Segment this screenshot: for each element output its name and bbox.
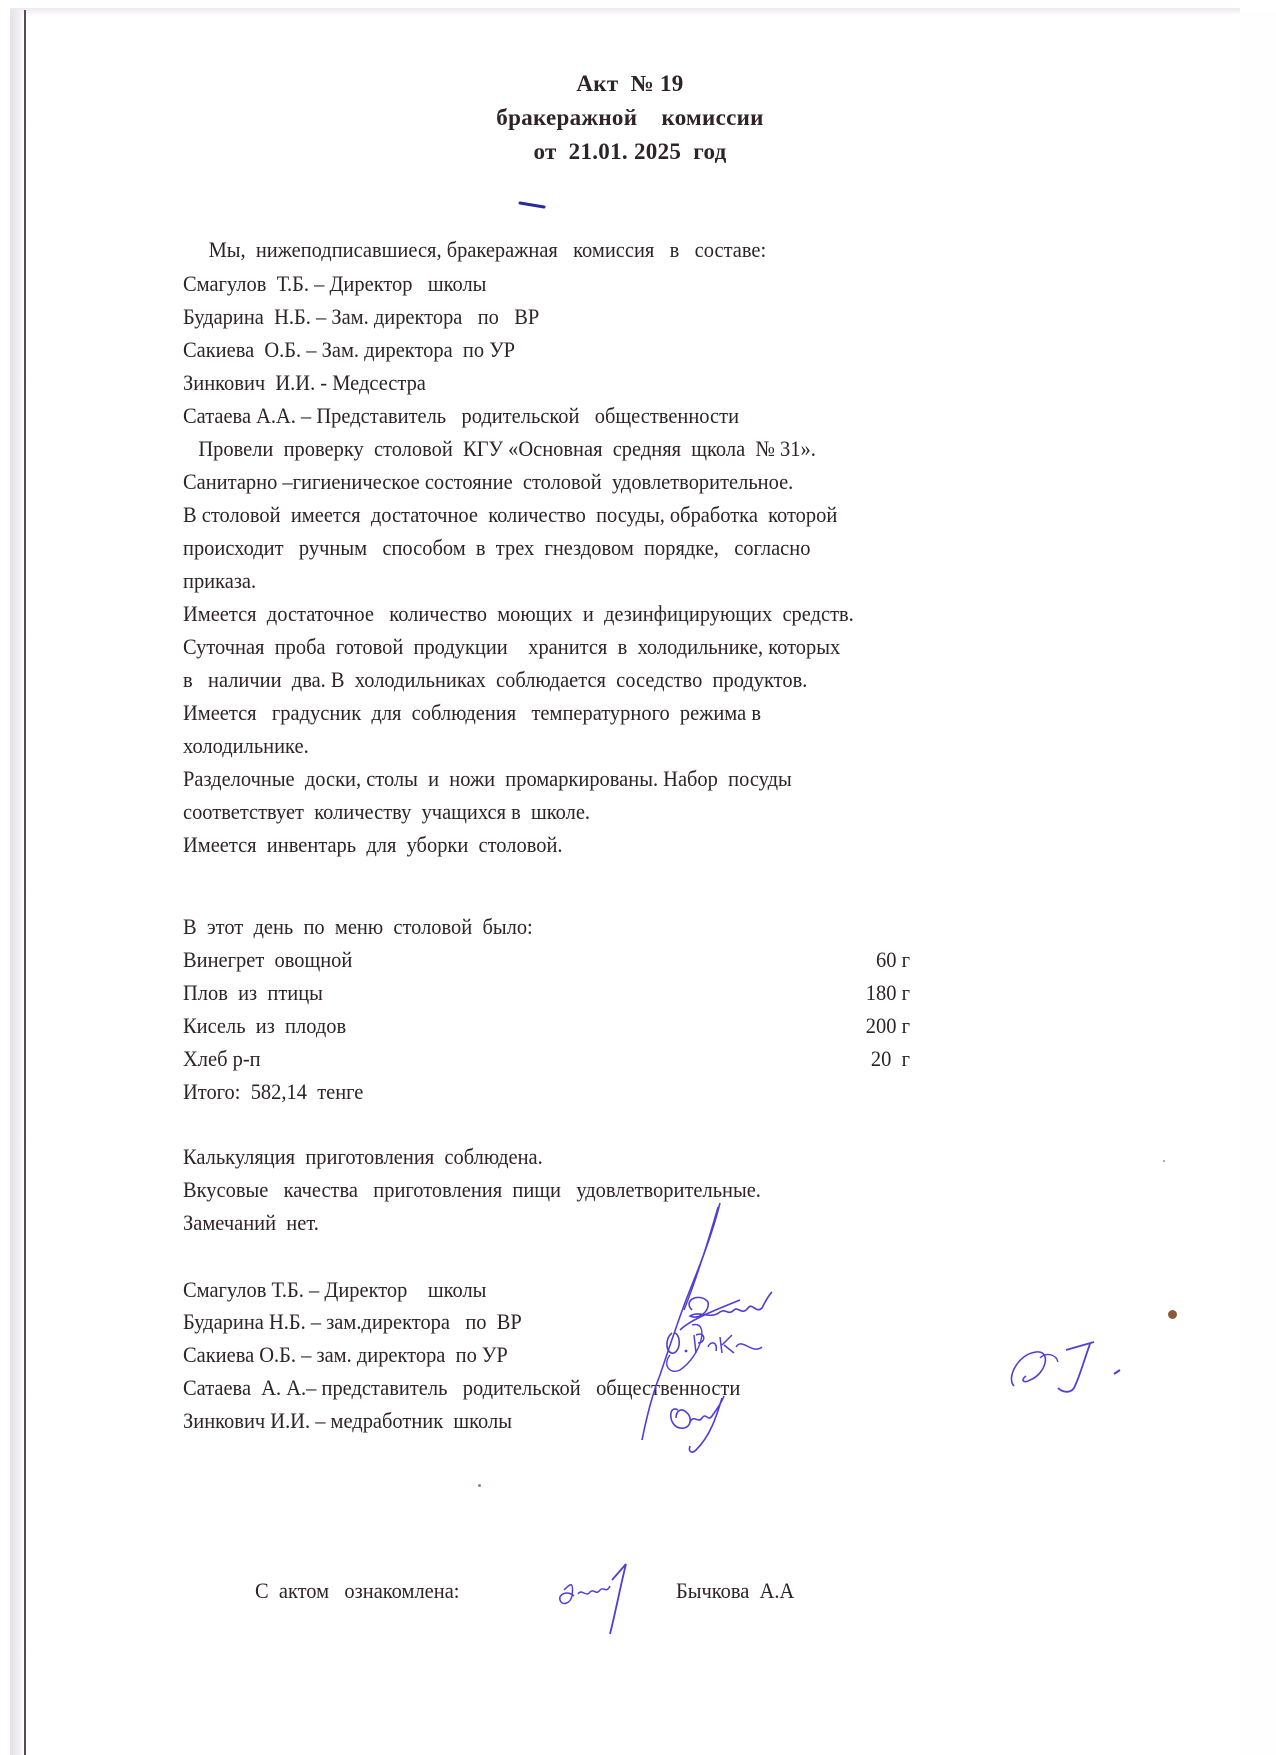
- signatory-line: Смагулов Т.Б. – Директор школы: [183, 1276, 486, 1304]
- signatory-line: Зинкович И.И. – медработник школы: [183, 1407, 512, 1435]
- member-line: Бударина Н.Б. – Зам. директора по ВР: [183, 303, 539, 331]
- signature-sataeva: [1000, 1340, 1140, 1400]
- scan-speck: [478, 1484, 481, 1487]
- member-line: Сатаева А.А. – Представитель родительско…: [183, 402, 739, 430]
- body-line: Имеется достаточное количество моющих и …: [183, 600, 854, 628]
- menu-item-qty: 180 г: [798, 979, 910, 1007]
- menu-item-name: Винегрет овощной: [183, 946, 352, 974]
- signature-zinkovich: [666, 1388, 746, 1458]
- acknowledgement-name: Бычкова А.А: [676, 1577, 794, 1605]
- body-line: Санитарно –гигиеническое состояние столо…: [183, 468, 793, 496]
- document-subtitle: бракеражной комиссии: [380, 104, 880, 132]
- body-line: в наличии два. В холодильниках соблюдает…: [183, 666, 807, 694]
- menu-item-qty: 200 г: [798, 1012, 910, 1040]
- ink-mark: [518, 200, 548, 210]
- menu-item-qty: 20 г: [798, 1045, 910, 1073]
- menu-heading: В этот день по меню столовой было:: [183, 913, 533, 941]
- scan-speck: [1163, 1160, 1165, 1162]
- member-line: Зинкович И.И. - Медсестра: [183, 369, 426, 397]
- body-line: Суточная проба готовой продукции хранитс…: [183, 633, 840, 661]
- menu-item-name: Плов из птицы: [183, 979, 323, 1007]
- document-date: от 21.01. 2025 год: [380, 138, 880, 166]
- body-line: Провели проверку столовой КГУ «Основная …: [183, 435, 816, 463]
- menu-item-qty: 60 г: [798, 946, 910, 974]
- body-line: холодильнике.: [183, 732, 309, 760]
- body-line: Разделочные доски, столы и ножи промарки…: [183, 765, 792, 793]
- acknowledgement-label: С актом ознакомлена:: [255, 1577, 459, 1605]
- member-line: Смагулов Т.Б. – Директор школы: [183, 270, 486, 298]
- signatory-line: Бударина Н.Б. – зам.директора по ВР: [183, 1308, 522, 1336]
- body-line: В столовой имеется достаточное количеств…: [183, 501, 837, 529]
- member-line: Сакиева О.Б. – Зам. директора по УР: [183, 336, 515, 364]
- conclusion-line: Замечаний нет.: [183, 1209, 319, 1237]
- scan-speck: [1168, 1310, 1177, 1319]
- body-line: Имеется инвентарь для уборки столовой.: [183, 831, 563, 859]
- body-line: происходит ручным способом в трех гнездо…: [183, 534, 810, 562]
- menu-item-name: Кисель из плодов: [183, 1012, 346, 1040]
- conclusion-line: Калькуляция приготовления соблюдена.: [183, 1143, 543, 1171]
- menu-item-name: Хлеб р-п: [183, 1045, 261, 1073]
- menu-total: Итого: 582,14 тенге: [183, 1078, 363, 1106]
- signatory-line: Сакиева О.Б. – зам. директора по УР: [183, 1341, 508, 1369]
- body-line: Имеется градусник для соблюдения темпера…: [183, 699, 761, 727]
- signature-bychkova: [556, 1560, 636, 1640]
- intro-line: Мы, нижеподписавшиеся, бракеражная комис…: [183, 236, 766, 264]
- body-line: приказа.: [183, 567, 256, 595]
- document-title: Акт № 19: [380, 70, 880, 98]
- signature-budarina: [680, 1290, 780, 1330]
- document-page: Акт № 19 бракеражной комиссии от 21.01. …: [0, 0, 1276, 1755]
- signature-sakieva: [662, 1325, 772, 1365]
- body-line: соответствует количеству учащихся в школ…: [183, 798, 590, 826]
